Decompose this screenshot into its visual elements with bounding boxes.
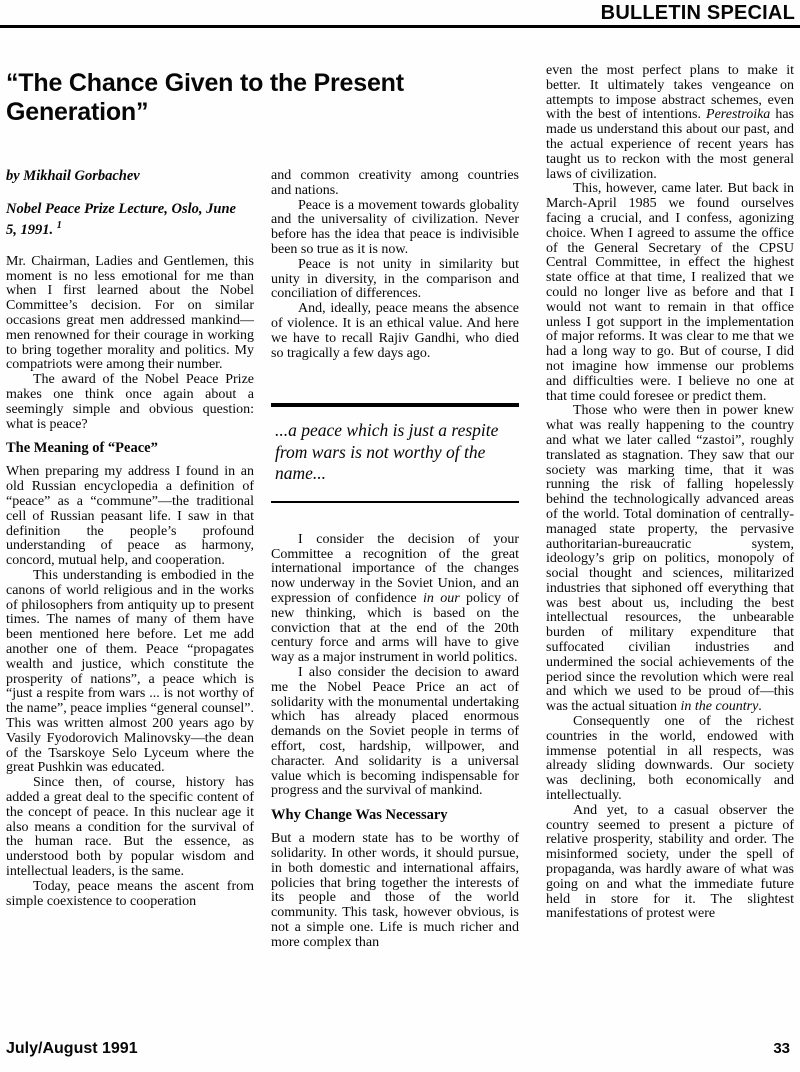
body-paragraph: Today, peace means the ascent from simpl… [6, 880, 254, 910]
body-paragraph: even the most perfect plans to make it b… [546, 64, 794, 182]
dateline: Nobel Peace Prize Lecture, Oslo, June 5,… [6, 201, 244, 238]
body-paragraph: I also consider the decision to award me… [271, 666, 519, 799]
column-1: by Mikhail GorbachevNobel Peace Prize Le… [6, 169, 254, 951]
body-paragraph: and common creativity among countries an… [271, 169, 519, 199]
body-paragraph: And, ideally, peace means the absence of… [271, 302, 519, 361]
body-paragraph: The award of the Nobel Peace Prize makes… [6, 373, 254, 432]
section-heading: The Meaning of “Peace” [6, 440, 254, 456]
body-paragraph: Since then, of course, history has added… [6, 776, 254, 880]
column-2: and common creativity among countries an… [271, 169, 519, 951]
page-number: 33 [773, 1040, 790, 1057]
body-paragraph: But a modern state has to be worthy of s… [271, 832, 519, 950]
bulletin-page: BULLETIN SPECIAL “The Chance Given to th… [0, 0, 800, 1072]
article-title: “The Chance Given to the Present Generat… [6, 69, 490, 127]
body-paragraph: Those who were then in power knew what w… [546, 404, 794, 715]
page-footer: July/August 1991 33 [0, 1040, 800, 1058]
body-paragraph: Mr. Chairman, Ladies and Gentlemen, this… [6, 255, 254, 373]
body-paragraph: When preparing my address I found in an … [6, 465, 254, 569]
issue-date: July/August 1991 [6, 1040, 138, 1058]
left-section: “The Chance Given to the Present Generat… [6, 28, 520, 951]
body-paragraph: And yet, to a casual observer the countr… [546, 804, 794, 922]
page-header: BULLETIN SPECIAL [0, 0, 800, 24]
byline: by Mikhail Gorbachev [6, 169, 254, 184]
body-paragraph: I consider the decision of your Committe… [271, 533, 519, 666]
body-paragraph: Consequently one of the richest countrie… [546, 715, 794, 804]
column-3: even the most perfect plans to make it b… [546, 64, 794, 922]
masthead-title: BULLETIN SPECIAL [601, 3, 795, 24]
body-paragraph: This understanding is embodied in the ca… [6, 569, 254, 776]
pull-quote: ...a peace which is just a respite from … [271, 403, 519, 503]
body-paragraph: Peace is not unity in similarity but uni… [271, 258, 519, 302]
body-paragraph: This, however, came later. But back in M… [546, 182, 794, 404]
section-heading: Why Change Was Necessary [271, 807, 519, 823]
article-body: “The Chance Given to the Present Generat… [0, 28, 800, 951]
body-paragraph: Peace is a movement towards globality an… [271, 199, 519, 258]
columns-one-two: by Mikhail GorbachevNobel Peace Prize Le… [6, 169, 520, 951]
